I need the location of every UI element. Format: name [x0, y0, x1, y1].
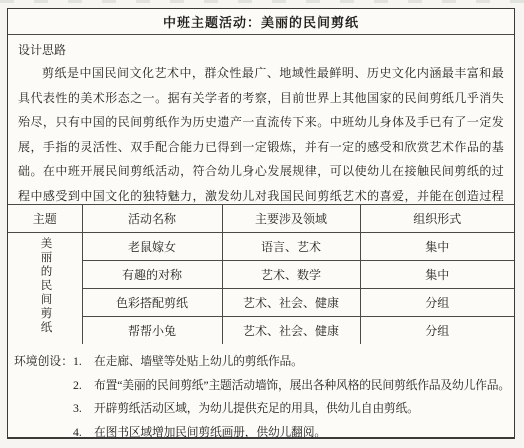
table-row: 美丽的民间剪纸 老鼠嫁女 语言、艺术 集中: [8, 232, 514, 260]
form-cell: 集中: [360, 232, 514, 260]
table-row: 色彩搭配剪纸 艺术、社会、健康 分组: [8, 288, 514, 316]
environment-section: 环境创设： 1. 在走廊、墙壁等处贴上幼儿的剪纸作品。 2. 布置“美丽的民间剪…: [8, 344, 514, 437]
item-text: 开辟剪纸活动区域，为幼儿提供充足的用具，供幼儿自由剪纸。: [94, 397, 506, 421]
title-row: 中班主题活动：美丽的民间剪纸: [8, 9, 514, 35]
item-text: 在图书区域增加民间剪纸画册，供幼儿翻阅。: [94, 421, 506, 438]
theme-vertical-text: 美丽的民间剪纸: [39, 237, 51, 335]
header-domains: 主要涉及领域: [222, 205, 360, 232]
header-form: 组织形式: [360, 205, 514, 232]
header-activity: 活动名称: [82, 205, 222, 232]
item-number: 2.: [73, 374, 88, 398]
item-number: 1.: [73, 350, 88, 374]
item-text: 布置“美丽的民间剪纸”主题活动墙饰，展出各种风格的民间剪纸作品及幼儿作品。: [94, 374, 510, 398]
environment-label: 环境创设：: [14, 350, 73, 374]
header-theme: 主题: [8, 205, 82, 232]
item-number: 3.: [73, 397, 88, 421]
activities-table: 主题 活动名称 主要涉及领域 组织形式 美丽的民间剪纸 老鼠嫁女 语言、艺术 集…: [8, 205, 514, 344]
page-title: 中班主题活动：美丽的民间剪纸: [163, 12, 359, 31]
list-item: 1. 在走廊、墙壁等处贴上幼儿的剪纸作品。: [73, 350, 506, 374]
domains-cell: 艺术、社会、健康: [222, 288, 360, 316]
domains-cell: 艺术、数学: [222, 260, 360, 288]
table-header-row: 主题 活动名称 主要涉及领域 组织形式: [8, 205, 514, 232]
design-section: 设计思路 剪纸是中国民间文化艺术中，群众性最广、地域性最鲜明、历史文化内涵最丰富…: [8, 35, 514, 205]
scanned-document-page: 中班主题活动：美丽的民间剪纸 设计思路 剪纸是中国民间文化艺术中，群众性最广、地…: [0, 0, 524, 448]
environment-items: 1. 在走廊、墙壁等处贴上幼儿的剪纸作品。 2. 布置“美丽的民间剪纸”主题活动…: [73, 350, 506, 437]
activity-cell: 帮帮小兔: [82, 316, 222, 344]
list-item: 3. 开辟剪纸活动区域，为幼儿提供充足的用具，供幼儿自由剪纸。: [73, 397, 506, 421]
theme-cell: 美丽的民间剪纸: [8, 232, 82, 344]
form-cell: 集中: [360, 260, 514, 288]
form-cell: 分组: [360, 316, 514, 344]
table-row: 有趣的对称 艺术、数学 集中: [8, 260, 514, 288]
lesson-plan-table: 中班主题活动：美丽的民间剪纸 设计思路 剪纸是中国民间文化艺术中，群众性最广、地…: [7, 8, 515, 439]
design-section-label: 设计思路: [18, 39, 504, 61]
list-item: 2. 布置“美丽的民间剪纸”主题活动墙饰，展出各种风格的民间剪纸作品及幼儿作品。: [73, 374, 506, 398]
form-cell: 分组: [360, 288, 514, 316]
design-paragraph: 剪纸是中国民间文化艺术中，群众性最广、地域性最鲜明、历史文化内涵最丰富和最具代表…: [18, 61, 504, 205]
domains-cell: 语言、艺术: [222, 232, 360, 260]
list-item: 4. 在图书区域增加民间剪纸画册，供幼儿翻阅。: [73, 421, 506, 438]
item-number: 4.: [73, 421, 88, 438]
domains-cell: 艺术、社会、健康: [222, 316, 360, 344]
scan-artifact: [0, 0, 524, 3]
activity-cell: 有趣的对称: [82, 260, 222, 288]
activity-cell: 老鼠嫁女: [82, 232, 222, 260]
activity-cell: 色彩搭配剪纸: [82, 288, 222, 316]
item-text: 在走廊、墙壁等处贴上幼儿的剪纸作品。: [94, 350, 506, 374]
table-row: 帮帮小兔 艺术、社会、健康 分组: [8, 316, 514, 344]
